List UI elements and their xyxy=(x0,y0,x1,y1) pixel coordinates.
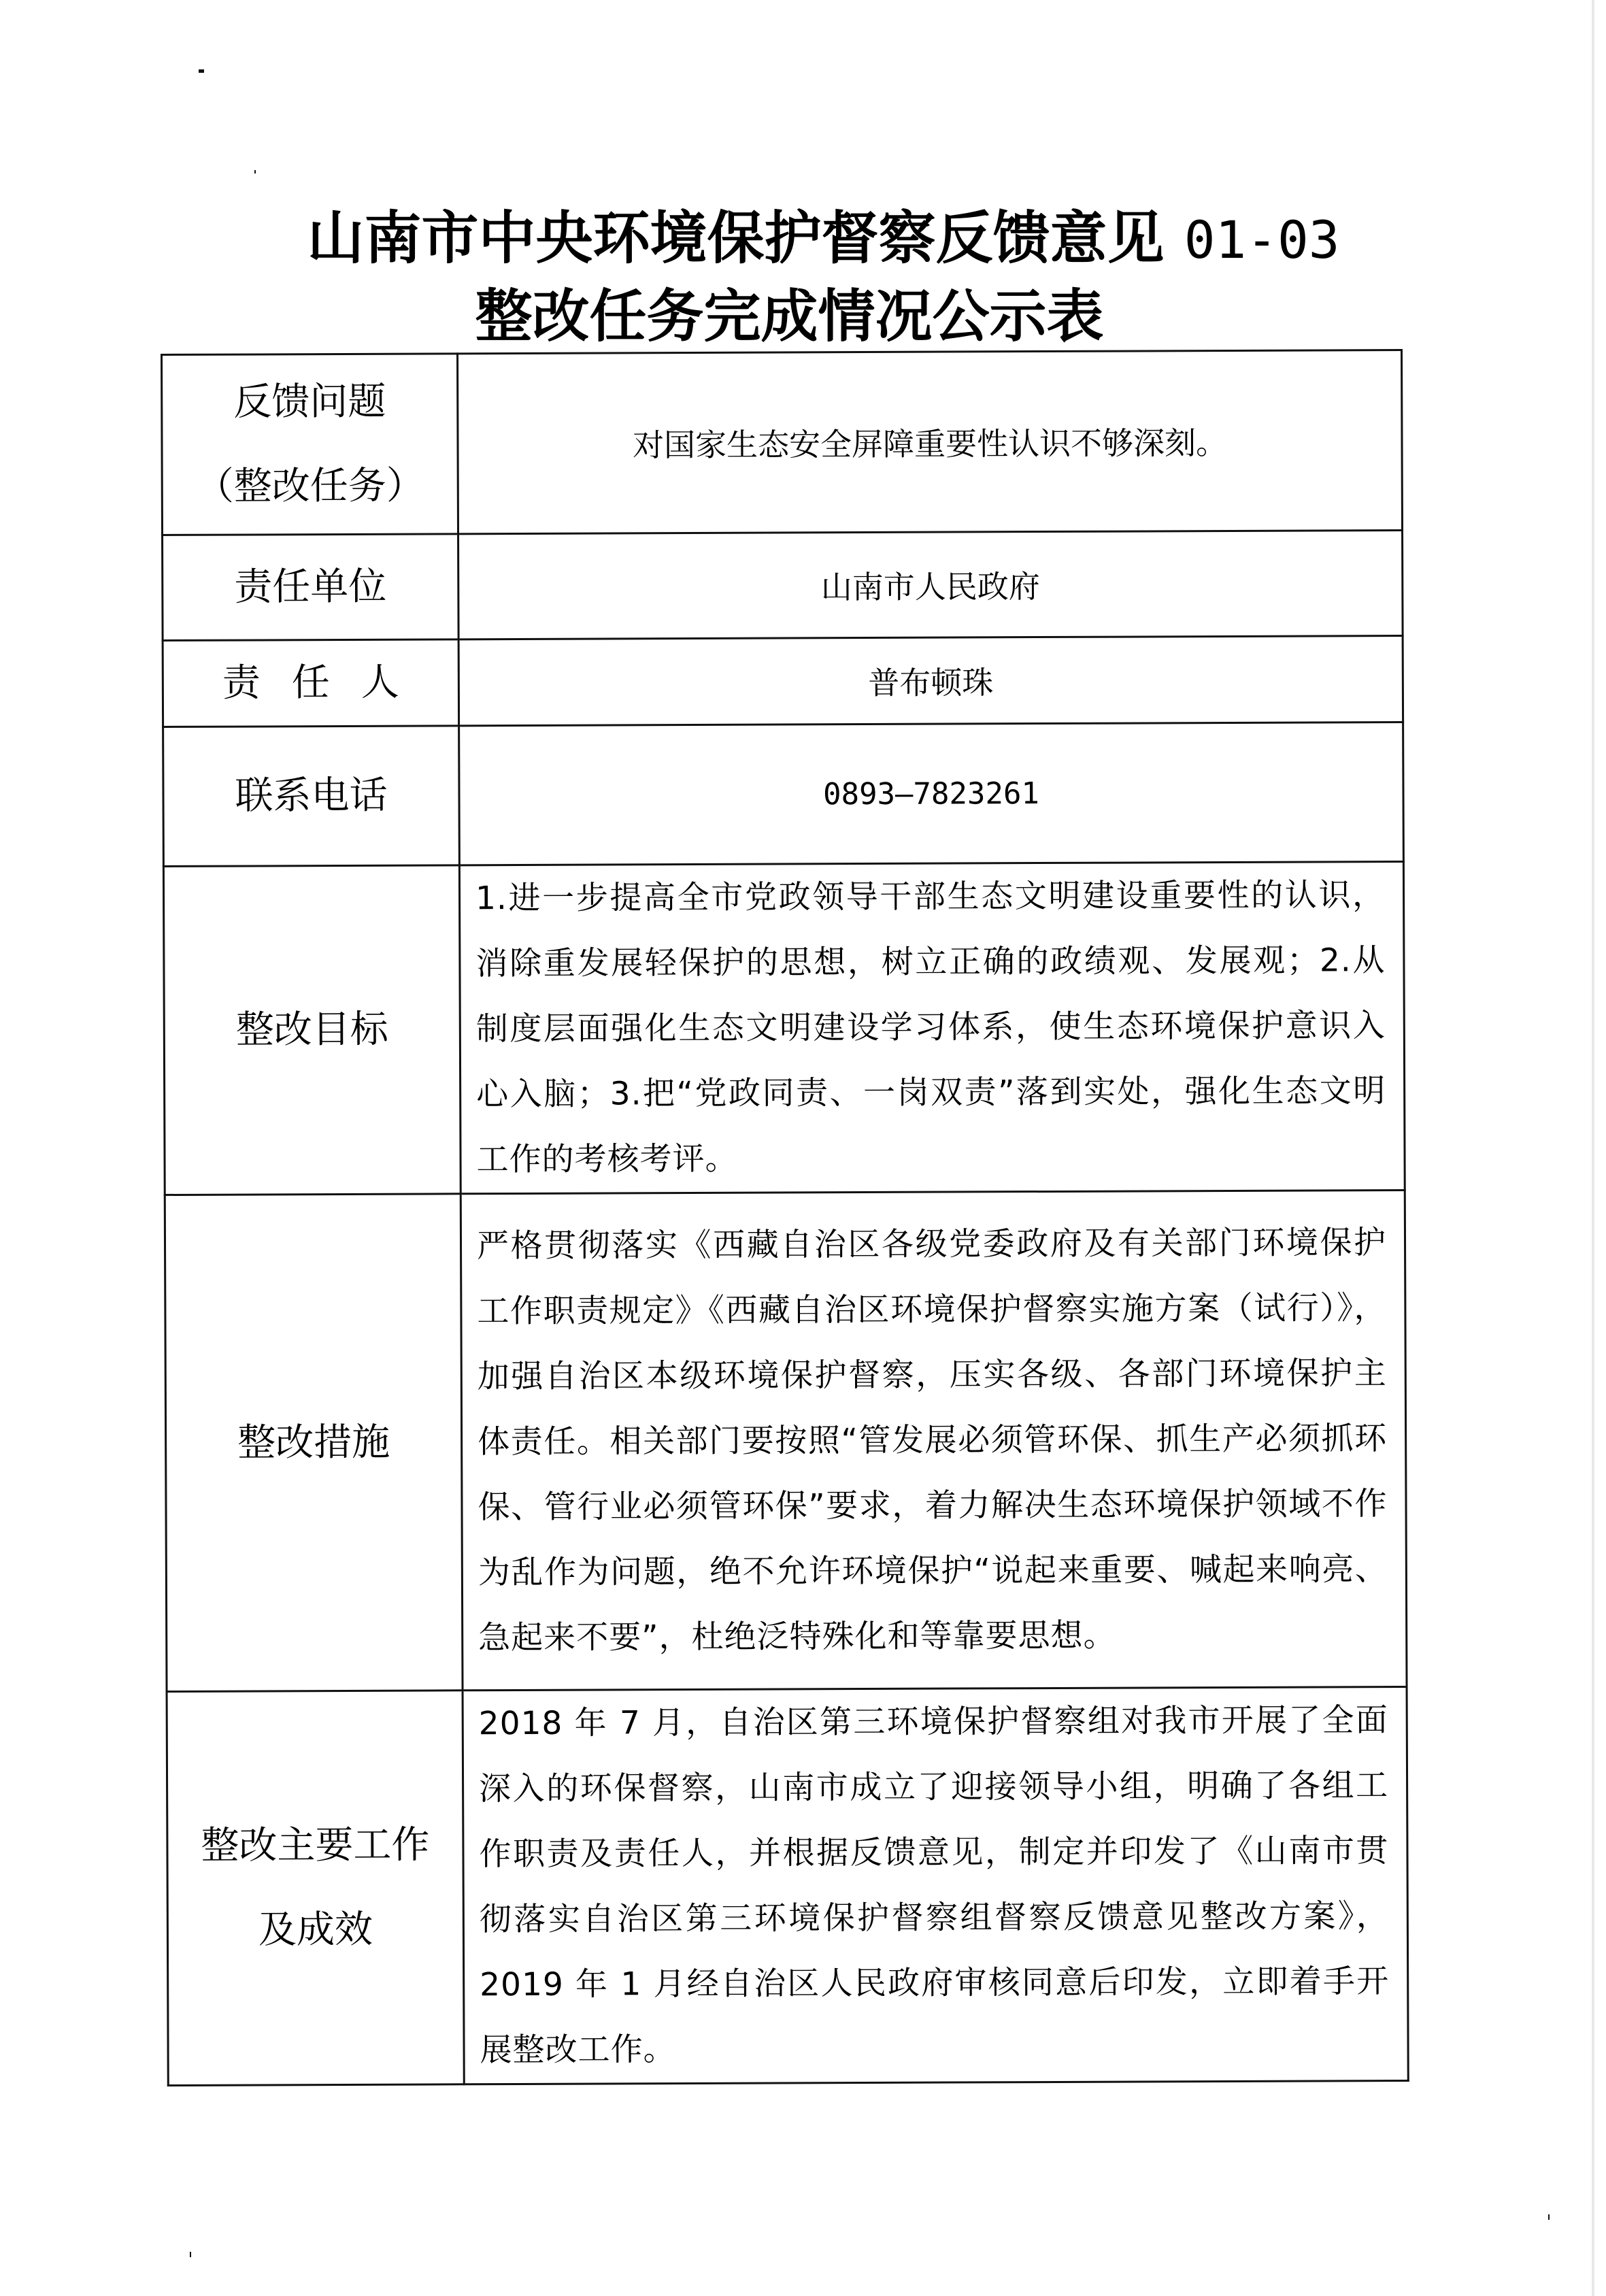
row-label: 联系电话 xyxy=(163,726,460,867)
table-row-rectification-measures: 整改措施 严格贯彻落实《西藏自治区各级党委政府及有关部门环境保护工作职责规定》《… xyxy=(165,1190,1407,1691)
scan-speck xyxy=(1548,2214,1550,2220)
scan-speck xyxy=(199,69,204,73)
row-value: 1.进一步提高全市党政领导干部生态文明建设重要性的认识，消除重发展轻保护的思想，… xyxy=(459,861,1405,1193)
row-value: 2018 年 7 月，自治区第三环境保护督察组对我市开展了全面深入的环保督察，山… xyxy=(463,1686,1408,2084)
row-label: 整改目标 xyxy=(163,865,461,1195)
row-value: 山南市人民政府 xyxy=(458,530,1403,639)
table-row-responsible-person: 责任人 普布顿珠 xyxy=(163,635,1403,727)
row-label-text: 责任人 xyxy=(222,660,431,705)
row-label: 整改主要工作 及成效 xyxy=(167,1691,464,2086)
row-label: 责任人 xyxy=(163,639,458,727)
row-label-line: 整改主要工作 xyxy=(168,1803,462,1889)
document-title-text: 山南市中央环境保护督察反馈意见 xyxy=(307,205,1164,271)
row-value: 对国家生态安全屏障重要性认识不够深刻。 xyxy=(458,350,1403,533)
table-row-contact-phone: 联系电话 0893—7823261 xyxy=(163,722,1404,866)
rectification-table: 反馈问题 （整改任务） 对国家生态安全屏障重要性认识不够深刻。 责任单位 山南市… xyxy=(161,349,1409,2086)
table-row-main-work-and-results: 整改主要工作 及成效 2018 年 7 月，自治区第三环境保护督察组对我市开展了… xyxy=(167,1686,1408,2085)
row-label: 整改措施 xyxy=(165,1194,463,1692)
row-value: 普布顿珠 xyxy=(458,635,1403,725)
scan-speck xyxy=(254,170,256,173)
table-row-feedback-issue: 反馈问题 （整改任务） 对国家生态安全屏障重要性认识不够深刻。 xyxy=(162,350,1403,535)
document-title-line-2: 整改任务完成情况公示表 xyxy=(0,282,1592,350)
table-row-responsible-unit: 责任单位 山南市人民政府 xyxy=(163,530,1403,640)
row-label: 责任单位 xyxy=(163,534,459,641)
row-label-line: （整改任务） xyxy=(163,444,457,529)
document-code: 01-03 xyxy=(1184,210,1340,270)
row-value: 严格贯彻落实《西藏自治区各级党委政府及有关部门环境保护工作职责规定》《西藏自治区… xyxy=(461,1190,1407,1690)
scan-speck xyxy=(190,2252,191,2257)
row-label: 反馈问题 （整改任务） xyxy=(162,354,458,535)
document-title-line-1: 山南市中央环境保护督察反馈意见 01-03 xyxy=(20,204,1606,274)
row-value: 0893—7823261 xyxy=(459,722,1404,865)
row-label-line: 及成效 xyxy=(169,1887,463,1973)
row-label-line: 反馈问题 xyxy=(163,359,456,445)
table-row-rectification-goal: 整改目标 1.进一步提高全市党政领导干部生态文明建设重要性的认识，消除重发展轻保… xyxy=(163,861,1405,1195)
